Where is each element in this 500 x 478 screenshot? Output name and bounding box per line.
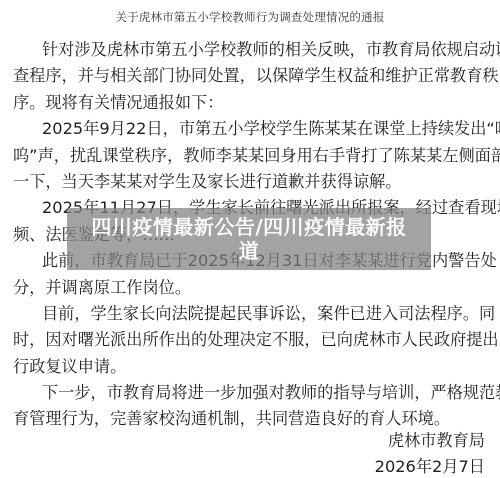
overlay-headline-text: 四川疫情最新公告/四川疫情最新报道 — [84, 215, 414, 263]
body-line: 针对涉及虎林市第五小学校教师的相关反映，市教育局依规启动调 — [13, 37, 495, 63]
signature-organization: 虎林市教育局 — [388, 427, 485, 451]
body-line: 序。现将有关情况通报如下： — [13, 90, 495, 116]
body-line: 目前，学生家长向法院提起民事诉讼，案件已进入司法程序。同 — [13, 301, 495, 327]
body-line: 2025年9月22日，市第五小学校学生陈某某在课堂上持续发出“呜 — [13, 116, 495, 142]
document-title: 关于虎林市第五小学校教师行为调查处理情况的通报 — [0, 9, 500, 25]
body-line: 查程序，并与相关部门协同处置，以保障学生权益和维护正常教育秩 — [13, 63, 495, 89]
body-line: 行政复议申请。 — [13, 354, 495, 380]
body-line: 分，并调离原工作岗位。 — [13, 275, 495, 301]
body-line: 下一步，市教育局将进一步加强对教师的指导与培训，严格规范教 — [13, 380, 495, 406]
signature-date: 2026年2月7日 — [375, 453, 485, 477]
body-line: 呜”声，扰乱课堂秩序，教师李某某回身用右手背打了陈某某左侧面部 — [13, 143, 495, 169]
body-line: 一下，当天李某某对学生及家长进行道歉并获得谅解。 — [13, 169, 495, 195]
body-line: 时，因对曙光派出所作出的处理决定不服，已向虎林市人民政府提出 — [13, 327, 495, 353]
headline-overlay-banner: 四川疫情最新公告/四川疫情最新报道 — [67, 208, 431, 270]
